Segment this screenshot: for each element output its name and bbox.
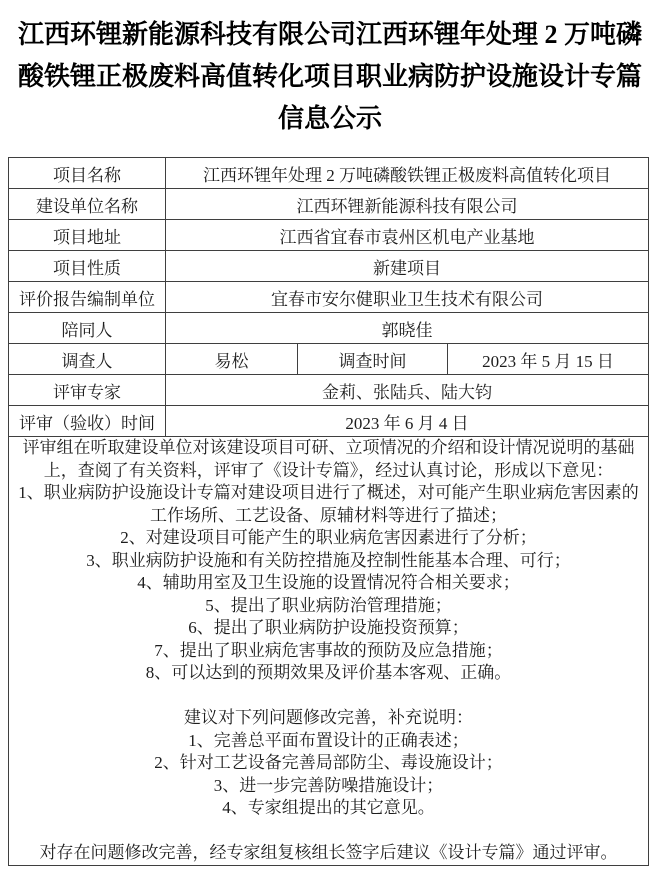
row-review-time: 评审（验收）时间 2023 年 6 月 4 日	[9, 406, 649, 437]
row-construction-unit: 建设单位名称 江西环锂新能源科技有限公司	[9, 189, 649, 220]
project-nature-label: 项目性质	[9, 251, 166, 282]
row-review-experts: 评审专家 金莉、张陆兵、陆大钧	[9, 375, 649, 406]
project-address-label: 项目地址	[9, 220, 166, 251]
construction-unit-value: 江西环锂新能源科技有限公司	[166, 189, 649, 220]
project-info-table: 项目名称 江西环锂年处理 2 万吨磷酸铁锂正极废料高值转化项目 建设单位名称 江…	[8, 157, 649, 866]
project-nature-value: 新建项目	[166, 251, 649, 282]
construction-unit-label: 建设单位名称	[9, 189, 166, 220]
investigation-time-label: 调查时间	[298, 344, 448, 375]
row-review-opinion: 评审组在听取建设单位对该建设项目可研、立项情况的介绍和设计情况说明的基础 上，查…	[9, 437, 649, 866]
review-experts-value: 金莉、张陆兵、陆大钧	[166, 375, 649, 406]
project-address-value: 江西省宜春市袁州区机电产业基地	[166, 220, 649, 251]
row-project-name: 项目名称 江西环锂年处理 2 万吨磷酸铁锂正极废料高值转化项目	[9, 158, 649, 189]
notice-page: 江西环锂新能源科技有限公司江西环锂年处理 2 万吨磷 酸铁锂正极废料高值转化项目…	[0, 0, 660, 873]
report-unit-value: 宜春市安尔健职业卫生技术有限公司	[166, 282, 649, 313]
review-opinion-cell: 评审组在听取建设单位对该建设项目可研、立项情况的介绍和设计情况说明的基础 上，查…	[9, 437, 649, 866]
investigator-value: 易松	[166, 344, 298, 375]
investigation-time-value: 2023 年 5 月 15 日	[448, 344, 649, 375]
project-name-label: 项目名称	[9, 158, 166, 189]
project-name-value: 江西环锂年处理 2 万吨磷酸铁锂正极废料高值转化项目	[166, 158, 649, 189]
row-project-nature: 项目性质 新建项目	[9, 251, 649, 282]
row-accompanying-person: 陪同人 郭晓佳	[9, 313, 649, 344]
investigator-label: 调查人	[9, 344, 166, 375]
review-experts-label: 评审专家	[9, 375, 166, 406]
review-time-label: 评审（验收）时间	[9, 406, 166, 437]
page-title: 江西环锂新能源科技有限公司江西环锂年处理 2 万吨磷 酸铁锂正极废料高值转化项目…	[0, 0, 660, 140]
row-project-address: 项目地址 江西省宜春市袁州区机电产业基地	[9, 220, 649, 251]
accompanying-person-value: 郭晓佳	[166, 313, 649, 344]
accompanying-person-label: 陪同人	[9, 313, 166, 344]
review-time-value: 2023 年 6 月 4 日	[166, 406, 649, 437]
row-report-unit: 评价报告编制单位 宜春市安尔健职业卫生技术有限公司	[9, 282, 649, 313]
row-investigator: 调查人 易松 调查时间 2023 年 5 月 15 日	[9, 344, 649, 375]
review-opinion-text: 评审组在听取建设单位对该建设项目可研、立项情况的介绍和设计情况说明的基础 上，查…	[12, 437, 645, 865]
report-unit-label: 评价报告编制单位	[9, 282, 166, 313]
